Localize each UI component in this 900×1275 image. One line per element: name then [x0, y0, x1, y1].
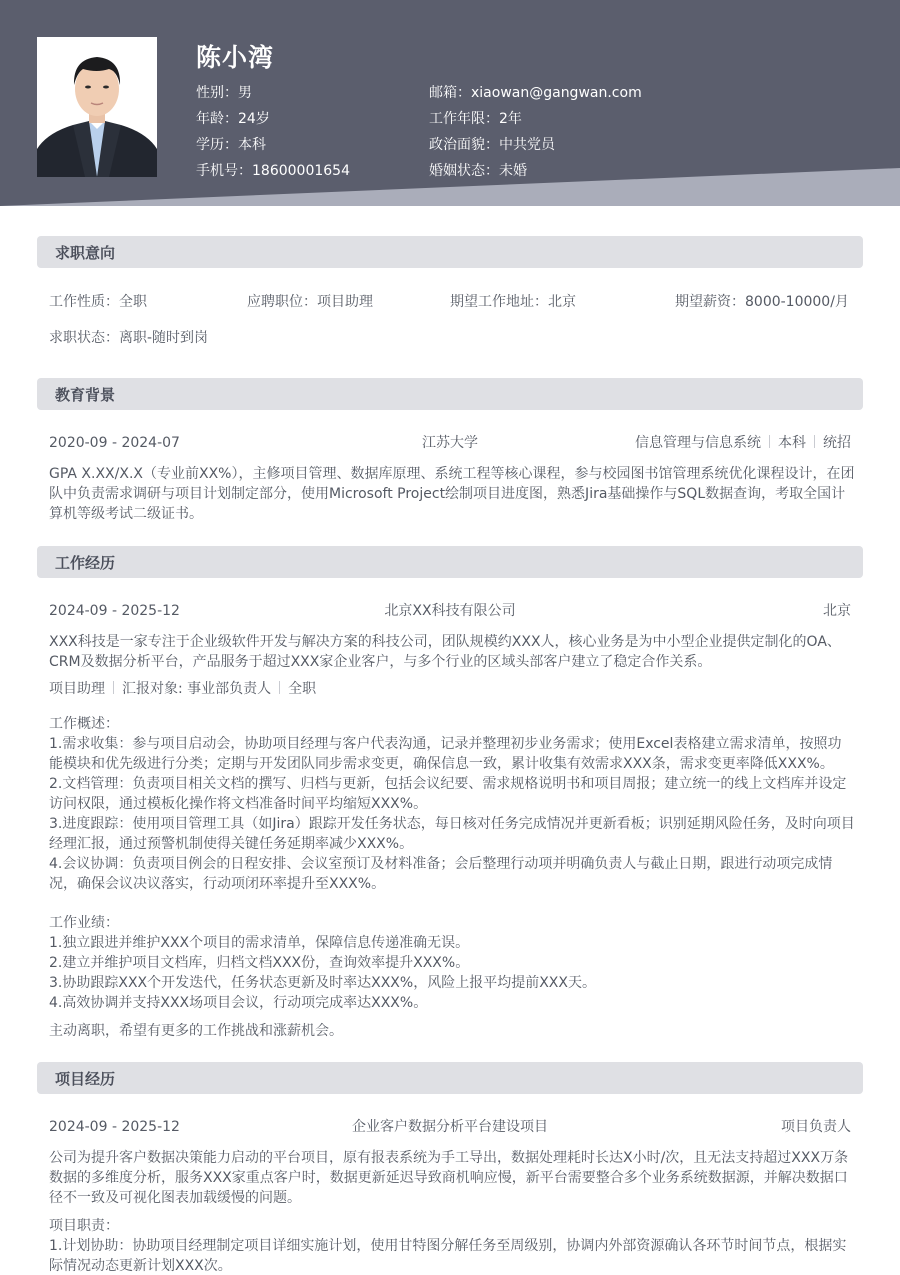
candidate-name: 陈小湾: [196, 38, 274, 74]
field-value: 项目助理: [317, 294, 373, 310]
achievement-item: 3.协助跟踪XXX个开发迭代，任务状态更新及时率达XXX%，风险上报平均提前XX…: [49, 973, 855, 993]
field-value: 8000-10000/月: [745, 294, 849, 310]
achievements-title: 工作业绩：: [49, 913, 855, 933]
intention-position: 应聘职位：项目助理: [247, 292, 373, 312]
info-label: 政治面貌：: [429, 137, 499, 153]
overview-title: 工作概述：: [49, 714, 855, 734]
work-achievements: 工作业绩： 1.独立跟进并维护XXX个项目的需求清单，保障信息传递准确无误。 2…: [49, 913, 855, 1013]
intention-location: 期望工作地址：北京: [450, 292, 576, 312]
intention-status: 求职状态：离职-随时到岗: [49, 328, 208, 348]
info-age: 年龄：24岁: [196, 109, 350, 135]
divider: [279, 681, 280, 694]
project-duties: 项目职责： 1.计划协助：协助项目经理制定项目详细实施计划，使用甘特图分解任务至…: [49, 1216, 855, 1275]
work-company: 北京XX科技有限公司: [300, 601, 600, 621]
education-major: 信息管理与信息系统: [635, 435, 761, 451]
duties-title: 项目职责：: [49, 1216, 855, 1236]
work-role: 项目助理: [49, 681, 105, 697]
work-location: 北京: [823, 601, 851, 621]
info-label: 工作年限：: [429, 111, 499, 127]
education-degree: 本科: [778, 435, 806, 451]
info-label: 婚姻状态：: [429, 163, 499, 179]
basic-info-left: 性别：男 年龄：24岁 学历：本科 手机号：18600001654: [196, 83, 350, 187]
info-value: 24岁: [238, 111, 270, 127]
field-value: 离职-随时到岗: [119, 330, 208, 346]
work-report-to: 汇报对象: 事业部负责人: [122, 681, 271, 697]
info-value: 2年: [499, 111, 522, 127]
info-value: 未婚: [499, 163, 527, 179]
overview-item: 1.需求收集：参与项目启动会，协助项目经理与客户代表沟通，记录并整理初步业务需求…: [49, 734, 855, 774]
info-label: 手机号：: [196, 163, 252, 179]
project-name: 企业客户数据分析平台建设项目: [300, 1117, 600, 1137]
info-value: 中共党员: [499, 137, 555, 153]
info-education: 学历：本科: [196, 135, 350, 161]
education-description: GPA X.XX/X.X（专业前XX%），主修项目管理、数据库原理、系统工程等核…: [49, 464, 855, 524]
info-label: 性别：: [196, 85, 238, 101]
intention-job-type: 工作性质：全职: [49, 292, 147, 312]
info-label: 邮箱：: [429, 85, 471, 101]
work-period: 2024-09 - 2025-12: [49, 601, 180, 621]
overview-item: 3.进度跟踪：使用项目管理工具（如Jira）跟踪开发任务状态，每日核对任务完成情…: [49, 814, 855, 854]
info-label: 学历：: [196, 137, 238, 153]
info-value: 男: [238, 85, 252, 101]
info-marital-status: 婚姻状态：未婚: [429, 161, 642, 187]
field-label: 期望薪资：: [675, 294, 745, 310]
achievement-item: 4.高效协调并支持XXX场项目会议，行动项完成率达XXX%。: [49, 993, 855, 1013]
field-label: 求职状态：: [49, 330, 119, 346]
section-title: 求职意向: [55, 242, 115, 263]
section-header-project: 项目经历: [37, 1062, 863, 1094]
section-title: 教育背景: [55, 384, 115, 405]
overview-item: 4.会议协调：负责项目例会的日程安排、会议室预订及材料准备；会后整理行动项并明确…: [49, 854, 855, 894]
info-value: xiaowan@gangwan.com: [471, 85, 642, 101]
field-value: 北京: [548, 294, 576, 310]
field-value: 全职: [119, 294, 147, 310]
overview-item: 2.文档管理：负责项目相关文档的撰写、归档与更新，包括会议纪要、需求规格说明书和…: [49, 774, 855, 814]
company-intro: XXX科技是一家专注于企业级软件开发与解决方案的科技公司，团队规模约XXX人，核…: [49, 632, 855, 672]
basic-info-right: 邮箱：xiaowan@gangwan.com 工作年限：2年 政治面貌：中共党员…: [429, 83, 642, 187]
info-label: 年龄：: [196, 111, 238, 127]
intention-salary: 期望薪资：8000-10000/月: [675, 292, 849, 312]
education-type: 统招: [823, 435, 851, 451]
duty-item: 1.计划协助：协助项目经理制定项目详细实施计划，使用甘特图分解任务至周级别，协调…: [49, 1236, 855, 1275]
section-title: 工作经历: [55, 552, 115, 573]
info-work-years: 工作年限：2年: [429, 109, 642, 135]
section-title: 项目经历: [55, 1068, 115, 1089]
section-header-education: 教育背景: [37, 378, 863, 410]
leave-reason: 主动离职，希望有更多的工作挑战和涨薪机会。: [49, 1021, 855, 1041]
section-header-work: 工作经历: [37, 546, 863, 578]
field-label: 工作性质：: [49, 294, 119, 310]
field-label: 期望工作地址：: [450, 294, 548, 310]
info-value: 18600001654: [252, 163, 350, 179]
info-gender: 性别：男: [196, 83, 350, 109]
profile-photo: [37, 37, 157, 177]
info-email: 邮箱：xiaowan@gangwan.com: [429, 83, 642, 109]
achievement-item: 1.独立跟进并维护XXX个项目的需求清单，保障信息传递准确无误。: [49, 933, 855, 953]
education-school: 江苏大学: [300, 433, 600, 453]
section-header-job-intention: 求职意向: [37, 236, 863, 268]
divider: [113, 681, 114, 694]
work-overview: 工作概述： 1.需求收集：参与项目启动会，协助项目经理与客户代表沟通，记录并整理…: [49, 714, 855, 894]
achievement-item: 2.建立并维护项目文档库，归档文档XXX份，查询效率提升XXX%。: [49, 953, 855, 973]
education-meta: 信息管理与信息系统本科统招: [635, 433, 851, 453]
project-description: 公司为提升客户数据决策能力启动的平台项目，原有报表系统为手工导出，数据处理耗时长…: [49, 1148, 855, 1208]
education-period: 2020-09 - 2024-07: [49, 433, 180, 453]
resume-header: 陈小湾 性别：男 年龄：24岁 学历：本科 手机号：18600001654 邮箱…: [0, 0, 900, 206]
project-period: 2024-09 - 2025-12: [49, 1117, 180, 1137]
divider: [769, 435, 770, 448]
work-role-line: 项目助理汇报对象: 事业部负责人全职: [49, 679, 316, 699]
field-label: 应聘职位：: [247, 294, 317, 310]
info-political-status: 政治面貌：中共党员: [429, 135, 642, 161]
info-value: 本科: [238, 137, 266, 153]
work-job-type: 全职: [288, 681, 316, 697]
project-role: 项目负责人: [781, 1117, 851, 1137]
info-phone: 手机号：18600001654: [196, 161, 350, 187]
divider: [814, 435, 815, 448]
